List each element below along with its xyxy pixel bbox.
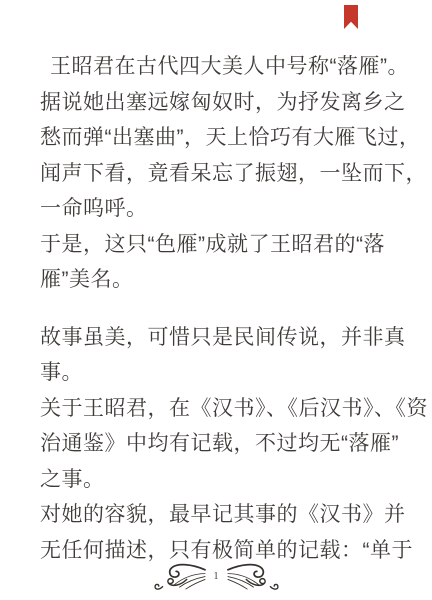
text-line: 对她的容貌，最早记其事的《汉书》并 [40, 497, 402, 533]
bookmark-icon[interactable] [344, 5, 358, 29]
text-line: 据说她出塞远嫁匈奴时，为抒发离乡之 [40, 85, 402, 121]
text-line: 故事虽美，可惜只是民间传说，并非真 [40, 320, 402, 356]
flourish-right-icon [226, 562, 280, 592]
text-line: 之事。 [40, 462, 402, 498]
page-footer: 1 [0, 559, 432, 595]
ebook-page: 王昭君在古代四大美人中号称“落雁”。 据说她出塞远嫁匈奴时，为抒发离乡之 愁而弹… [0, 0, 432, 600]
text-line: 于是，这只“色雁”成就了王昭君的“落 [40, 227, 402, 263]
text-line: 愁而弹“出塞曲”，天上恰巧有大雁飞过， [40, 120, 402, 156]
text-line: 雁”美名。 [40, 262, 402, 298]
page-text: 王昭君在古代四大美人中号称“落雁”。 据说她出塞远嫁匈奴时，为抒发离乡之 愁而弹… [40, 49, 402, 568]
page-number: 1 [214, 572, 219, 582]
text-line: 治通鉴》中均有记载，不过均无“落雁” [40, 426, 402, 462]
text-line: 关于王昭君，在《汉书》、《后汉书》、《资 [40, 391, 402, 427]
flourish-left-icon [153, 562, 207, 592]
text-line: 事。 [40, 355, 402, 391]
text-line: 王昭君在古代四大美人中号称“落雁”。 [40, 49, 402, 85]
text-line: 闻声下看，竟看呆忘了振翅，一坠而下， [40, 156, 402, 192]
text-line: 一命呜呼。 [40, 191, 402, 227]
